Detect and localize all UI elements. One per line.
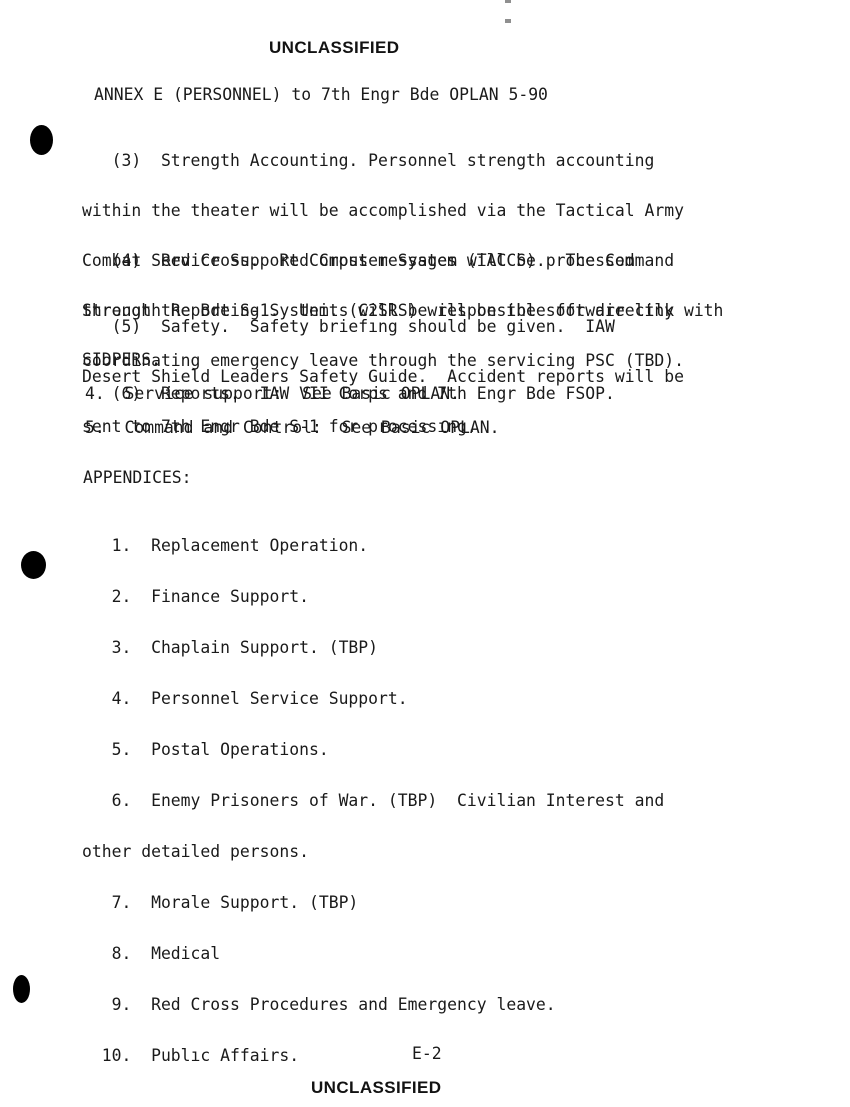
paragraph-line: within the theater will be accomplished … [82, 203, 723, 220]
appendices-list: 1. Replacement Operation. 2. Finance Sup… [82, 503, 664, 1098]
paragraph-line: (5) Safety. Safety briefıng should be gi… [82, 319, 684, 336]
annex-title: ANNEX E (PERSONNEL) to 7th Engr Bde OPLA… [94, 87, 548, 104]
appendix-item: 8. Medical [82, 945, 664, 962]
scan-artifact [505, 0, 521, 4]
appendix-item: 7. Morale Support. (TBP) [82, 894, 664, 911]
appendix-item: 6. Enemy Prisoners of War. (TBP) Civilia… [82, 792, 664, 809]
document-page: UNCLASSIFIED ANNEX E (PERSONNEL) to 7th … [0, 0, 850, 1107]
appendix-item: 9. Red Cross Procedures and Emergency le… [82, 996, 664, 1013]
paragraph-line: (4) Red Cross. Red Cross messages will b… [82, 253, 684, 270]
scan-artifact-mark [505, 0, 511, 3]
hole-punch-mark [21, 551, 46, 579]
appendix-item: 5. Postal Operations. [82, 741, 664, 758]
page-number: E-2 [412, 1046, 442, 1063]
appendix-item: 4. Personnel Service Support. [82, 690, 664, 707]
appendix-item-continuation: other detailed persons. [82, 843, 664, 860]
hole-punch-mark [30, 125, 53, 155]
appendix-item: 10. Publıc Affairs. [82, 1047, 664, 1064]
section-4-service-support: 4. Service support: See Basic OPLAN. [85, 386, 460, 403]
classification-footer: UNCLASSIFIED [311, 1078, 441, 1098]
scan-artifact-mark [505, 19, 511, 23]
section-5-command-and-control: 5. Command and Control: See Basic OPLAN. [85, 420, 499, 437]
appendix-item: 1. Replacement Operation. [82, 537, 664, 554]
appendices-heading: APPENDICES: [83, 470, 192, 487]
classification-header: UNCLASSIFIED [269, 38, 399, 58]
hole-punch-mark [13, 975, 30, 1003]
paragraph-line: (3) Strength Accounting. Personnel stren… [82, 153, 723, 170]
appendix-item: 3. Chaplain Support. (TBP) [82, 639, 664, 656]
appendix-item: 2. Finance Support. [82, 588, 664, 605]
